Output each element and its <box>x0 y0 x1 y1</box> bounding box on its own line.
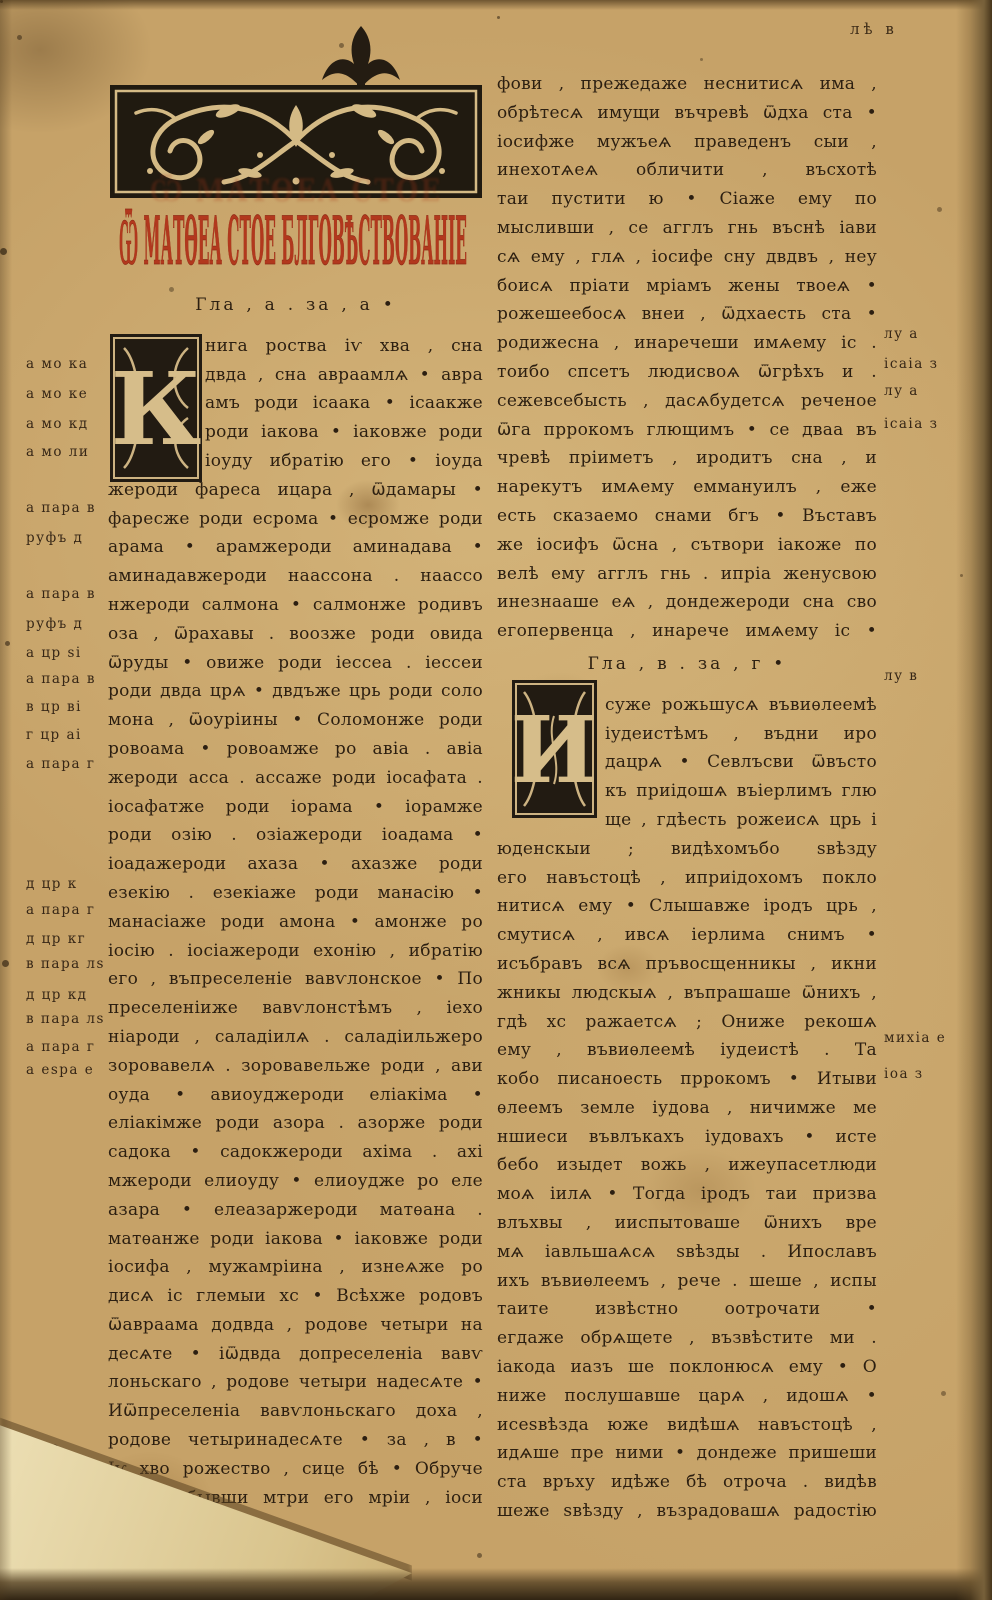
text-line: ниже послушавше царѧ , идошѧ • <box>497 1382 877 1411</box>
margin-note: руфъ д <box>26 530 106 546</box>
text-line: амъ роди ісаака • ісаакже <box>205 389 483 418</box>
text-line: мѧ іавльшаѧсѧ ѕвѣзды . Ипославъ <box>497 1238 877 1267</box>
text-line: десѧте • іѿдвда допреселеніа вавѵ <box>108 1340 483 1369</box>
text-line: нарекутъ имѧему еммануилъ , еже <box>497 473 877 502</box>
text-line: бебо изыдет вожь , ижеупасетлюди <box>497 1151 877 1180</box>
text-line: ста връху идѣже бѣ отроча . видѣв <box>497 1468 877 1497</box>
page-bottom-edge <box>0 1568 992 1600</box>
text-line: ншиеси въвлъкахъ іудовахъ • исте <box>497 1123 877 1152</box>
gospel-title: Ѿ МАТѲЕА СТОЕ БЛГОВѢСТВОВАНІЕ <box>119 204 467 280</box>
page-top-edge <box>0 0 992 10</box>
text-line: егдаже обрѧщете , възвѣстите ми . <box>497 1324 877 1353</box>
text-line: іакода иазъ ше поклонюсѧ ему • О <box>497 1353 877 1382</box>
text-line: ровоама • ровоамже ро авіа . авіа <box>108 735 483 764</box>
margin-note: д цр кг <box>26 931 106 947</box>
text-line: родове четыринадесѧте • за , в • <box>108 1426 483 1455</box>
text-line: сѧ ему , глѧ , іосифе сну двдвъ , неу <box>497 243 877 272</box>
text-line: оза , ѿрахавы . воозже роди овида <box>108 620 483 649</box>
text-line: Иѿпреселеніа вавѵлоньскаго доха , <box>108 1397 483 1426</box>
text-line: кобо писаноесть пррокомъ • Итыви <box>497 1065 877 1094</box>
text-column-right: фови , прежедаже неснитисѧ има ,обрѣтесѧ… <box>497 70 877 1526</box>
margin-note: в пара лѕ <box>26 1011 106 1027</box>
margin-note: а мо ка <box>26 356 106 372</box>
text-line: аминадавжероди наассона . наассо <box>108 562 483 591</box>
manuscript-page: лѣ в Ѿ МАТѲЕА СТОЕ БЛГ <box>0 0 992 1600</box>
text-column-left: Гла , а . за , а •нига роства іѵ хва , с… <box>108 287 483 1512</box>
margin-note: д цр к <box>26 876 106 892</box>
text-line: жероди асса . ассаже роди іосафата . <box>108 764 483 793</box>
page-right-edge <box>956 0 992 1600</box>
text-line: дисѧ іс глемыи хс • Всѣхже родовъ <box>108 1282 483 1311</box>
text-line: шеже ѕвѣзду , възрадовашѧ радостію <box>497 1497 877 1526</box>
margin-note: а пара в <box>26 586 106 602</box>
text-line: есть сказаемо снами бгъ • Въставъ <box>497 502 877 531</box>
text-line: двда , сна авраамлѧ • авра <box>205 361 483 390</box>
text-line: таите извѣстно оотрочати • <box>497 1295 877 1324</box>
gospel-title-block: Ѿ МАТѲЕА СТОЕ БЛГОВѢСТВОВАНІЕ <box>116 204 470 284</box>
chapter-heading: Гла , в . за , г • <box>497 650 877 679</box>
text-line: егопервенца , инарече имѧему іс • <box>497 617 877 646</box>
text-line: нитисѧ ему • Слышавже іродъ црь , <box>497 892 877 921</box>
margin-note: в цр ві <box>26 699 106 715</box>
margin-note: д цр кд <box>26 987 106 1003</box>
text-line: манасіаже роди амона • амонже ро <box>108 908 483 937</box>
text-line: фови , прежедаже неснитисѧ има , <box>497 70 877 99</box>
text-line: садока • садокжероди ахіма . ахі <box>108 1138 483 1167</box>
margin-note: а пара г <box>26 756 106 772</box>
text-line: фаресже роди есрома • есромже роди <box>108 505 483 534</box>
text-line: смутисѧ , ивсѧ іерлима снимъ • <box>497 921 877 950</box>
text-line: ѿга пррокомъ глющимъ • се дваа въ <box>497 416 877 445</box>
text-line: велѣ ему агглъ гнь . ипріа женусвою <box>497 560 877 589</box>
text-line: іоуду ибратію его • іоуда <box>205 447 483 476</box>
text-line: езекію . езекіаже роди манасію • <box>108 879 483 908</box>
text-line: ему , въвиѳлеемѣ іудеистѣ . Та <box>497 1036 877 1065</box>
text-line: родижесна , инаречеши имѧему іс . <box>497 329 877 358</box>
text-line: моѧ іилѧ • Тогда іродъ таи призва <box>497 1180 877 1209</box>
text-line: ще , гдѣесть рожеисѧ црь і <box>605 806 877 835</box>
text-line: оуда • авиоуджероди еліакіма • <box>108 1081 483 1110</box>
text-line: же іосифъ ѿсна , сътвори іакоже по <box>497 531 877 560</box>
text-line: мысливши , се агглъ гнь въснѣ іави <box>497 214 877 243</box>
margin-note: а пара в <box>26 671 106 687</box>
text-line: ихъ въвиѳлеемъ , рече . шеше , испы <box>497 1267 877 1296</box>
margin-note: в пара лѕ <box>26 956 106 972</box>
text-line: лоньскаго , родове четыри надесѧте • <box>108 1368 483 1397</box>
text-line: ѿруды • овиже роди іессеа . іессеи <box>108 649 483 678</box>
text-line: рожешеебосѧ внеи , ѿдхаесть ста • <box>497 300 877 329</box>
margin-note: а цр ѕі <box>26 645 106 661</box>
text-line: мжероди елиоуду • елиоудже ро еле <box>108 1167 483 1196</box>
margin-note: руфъ д <box>26 616 106 632</box>
text-line: таи пустити ю • Сіаже ему по <box>497 185 877 214</box>
text-line: исъбравъ всѧ пръвосщенникы , икни <box>497 950 877 979</box>
margin-note: г цр аі <box>26 727 106 743</box>
text-line: іосифже мужъеѧ праведенъ сыи , <box>497 128 877 157</box>
text-line: іоадажероди ахаза • ахазже роди <box>108 850 483 879</box>
text-line: инехотѧеѧ обличити , въсхотѣ <box>497 156 877 185</box>
text-line: нжероди салмона • салмонже родивъ <box>108 591 483 620</box>
page-left-edge <box>0 0 12 1600</box>
text-line: жероди фареса ицара , ѿдамары • <box>108 476 483 505</box>
text-line: тоибо спсетъ людисвоѧ ѿгрѣхъ и . <box>497 358 877 387</box>
text-line: ѿавраама додвда , родове четыри на <box>108 1311 483 1340</box>
margin-note: а еѕра е <box>26 1062 106 1078</box>
text-line: матѳанже роди іакова • іаковже роди <box>108 1225 483 1254</box>
text-line: роди озію . озіажероди іоадама • <box>108 821 483 850</box>
text-line: исеѕвѣзда юже видѣшѧ навъстоцѣ , <box>497 1411 877 1440</box>
text-line: ѳлеемъ земле іудова , ничимже ме <box>497 1094 877 1123</box>
margin-note: а пара г <box>26 1039 106 1055</box>
text-line: его , въпреселеніе вавѵлонское • По <box>108 965 483 994</box>
text-line: нига роства іѵ хва , сна <box>205 332 483 361</box>
text-line: обрѣтесѧ имущи въчревѣ ѿдха ста • <box>497 99 877 128</box>
text-line: роди двда црѧ • двдъже црь роди соло <box>108 677 483 706</box>
text-line: гдѣ хс ражаетсѧ ; Ониже рекошѧ <box>497 1008 877 1037</box>
chapter-heading: Гла , а . за , а • <box>108 291 483 320</box>
text-line: еліакімже роди азора . азорже роди <box>108 1109 483 1138</box>
text-line: идѧше пре ними • дондеже пришеши <box>497 1439 877 1468</box>
text-line: жникы людскыѧ , въпрашаше ѿнихъ , <box>497 979 877 1008</box>
text-line: его навъстоцѣ , иприідохомъ покло <box>497 864 877 893</box>
text-line: юденскыи ; видѣхомъбо ѕвѣзду <box>497 835 877 864</box>
text-line: инезнааше еѧ , дондежероди сна сво <box>497 588 877 617</box>
text-line: іосифа , мужамріина , изнеѧже ро <box>108 1253 483 1282</box>
text-line: влъхвы , ииспытоваше ѿнихъ вре <box>497 1209 877 1238</box>
margin-note: а мо ли <box>26 444 106 460</box>
text-line: арама • арамжероди аминадава • <box>108 533 483 562</box>
text-line: чревѣ пріиметъ , иродитъ сна , и <box>497 444 877 473</box>
text-line: зоровавелѧ . зоровавельже роди , ави <box>108 1052 483 1081</box>
text-line: іосафатже роди іорама • іорамже <box>108 793 483 822</box>
title-offset-ghost: Ѿ МАТѲЕА СТОЕ БЛГОВѢСТВОВАНІЕ <box>150 173 450 204</box>
text-line: іудеистѣмъ , въдни иро <box>605 720 877 749</box>
text-line: дацрѧ • Севлъсви ѿвъсто <box>605 748 877 777</box>
text-line: мона , ѿоуріины • Соломонже роди <box>108 706 483 735</box>
text-line: преселеніиже вавѵлонстѣмъ , іехо <box>108 994 483 1023</box>
text-line: іосію . іосіажероди ехонію , ибратію <box>108 937 483 966</box>
text-line: боисѧ пріати мріамъ жены твоеѧ • <box>497 272 877 301</box>
text-line: сежевсебысть , дасѧбудетсѧ реченое <box>497 387 877 416</box>
folio-number: лѣ в <box>850 20 898 38</box>
margin-note: а пара г <box>26 902 106 918</box>
margin-note: а мо кд <box>26 416 106 432</box>
text-line: роди іакова • іаковже роди <box>205 418 483 447</box>
text-line: азара • елеазаржероди матѳана . <box>108 1196 483 1225</box>
text-line: суже рожьшусѧ въвиѳлеемѣ <box>605 691 877 720</box>
text-line: ніароди , саладіилѧ . саладіильжеро <box>108 1023 483 1052</box>
finial-ornament <box>318 26 404 88</box>
margin-note: а пара в <box>26 500 106 516</box>
margin-note: а мо ке <box>26 386 106 402</box>
text-line: къ приідошѧ въіерлимъ глю <box>605 777 877 806</box>
